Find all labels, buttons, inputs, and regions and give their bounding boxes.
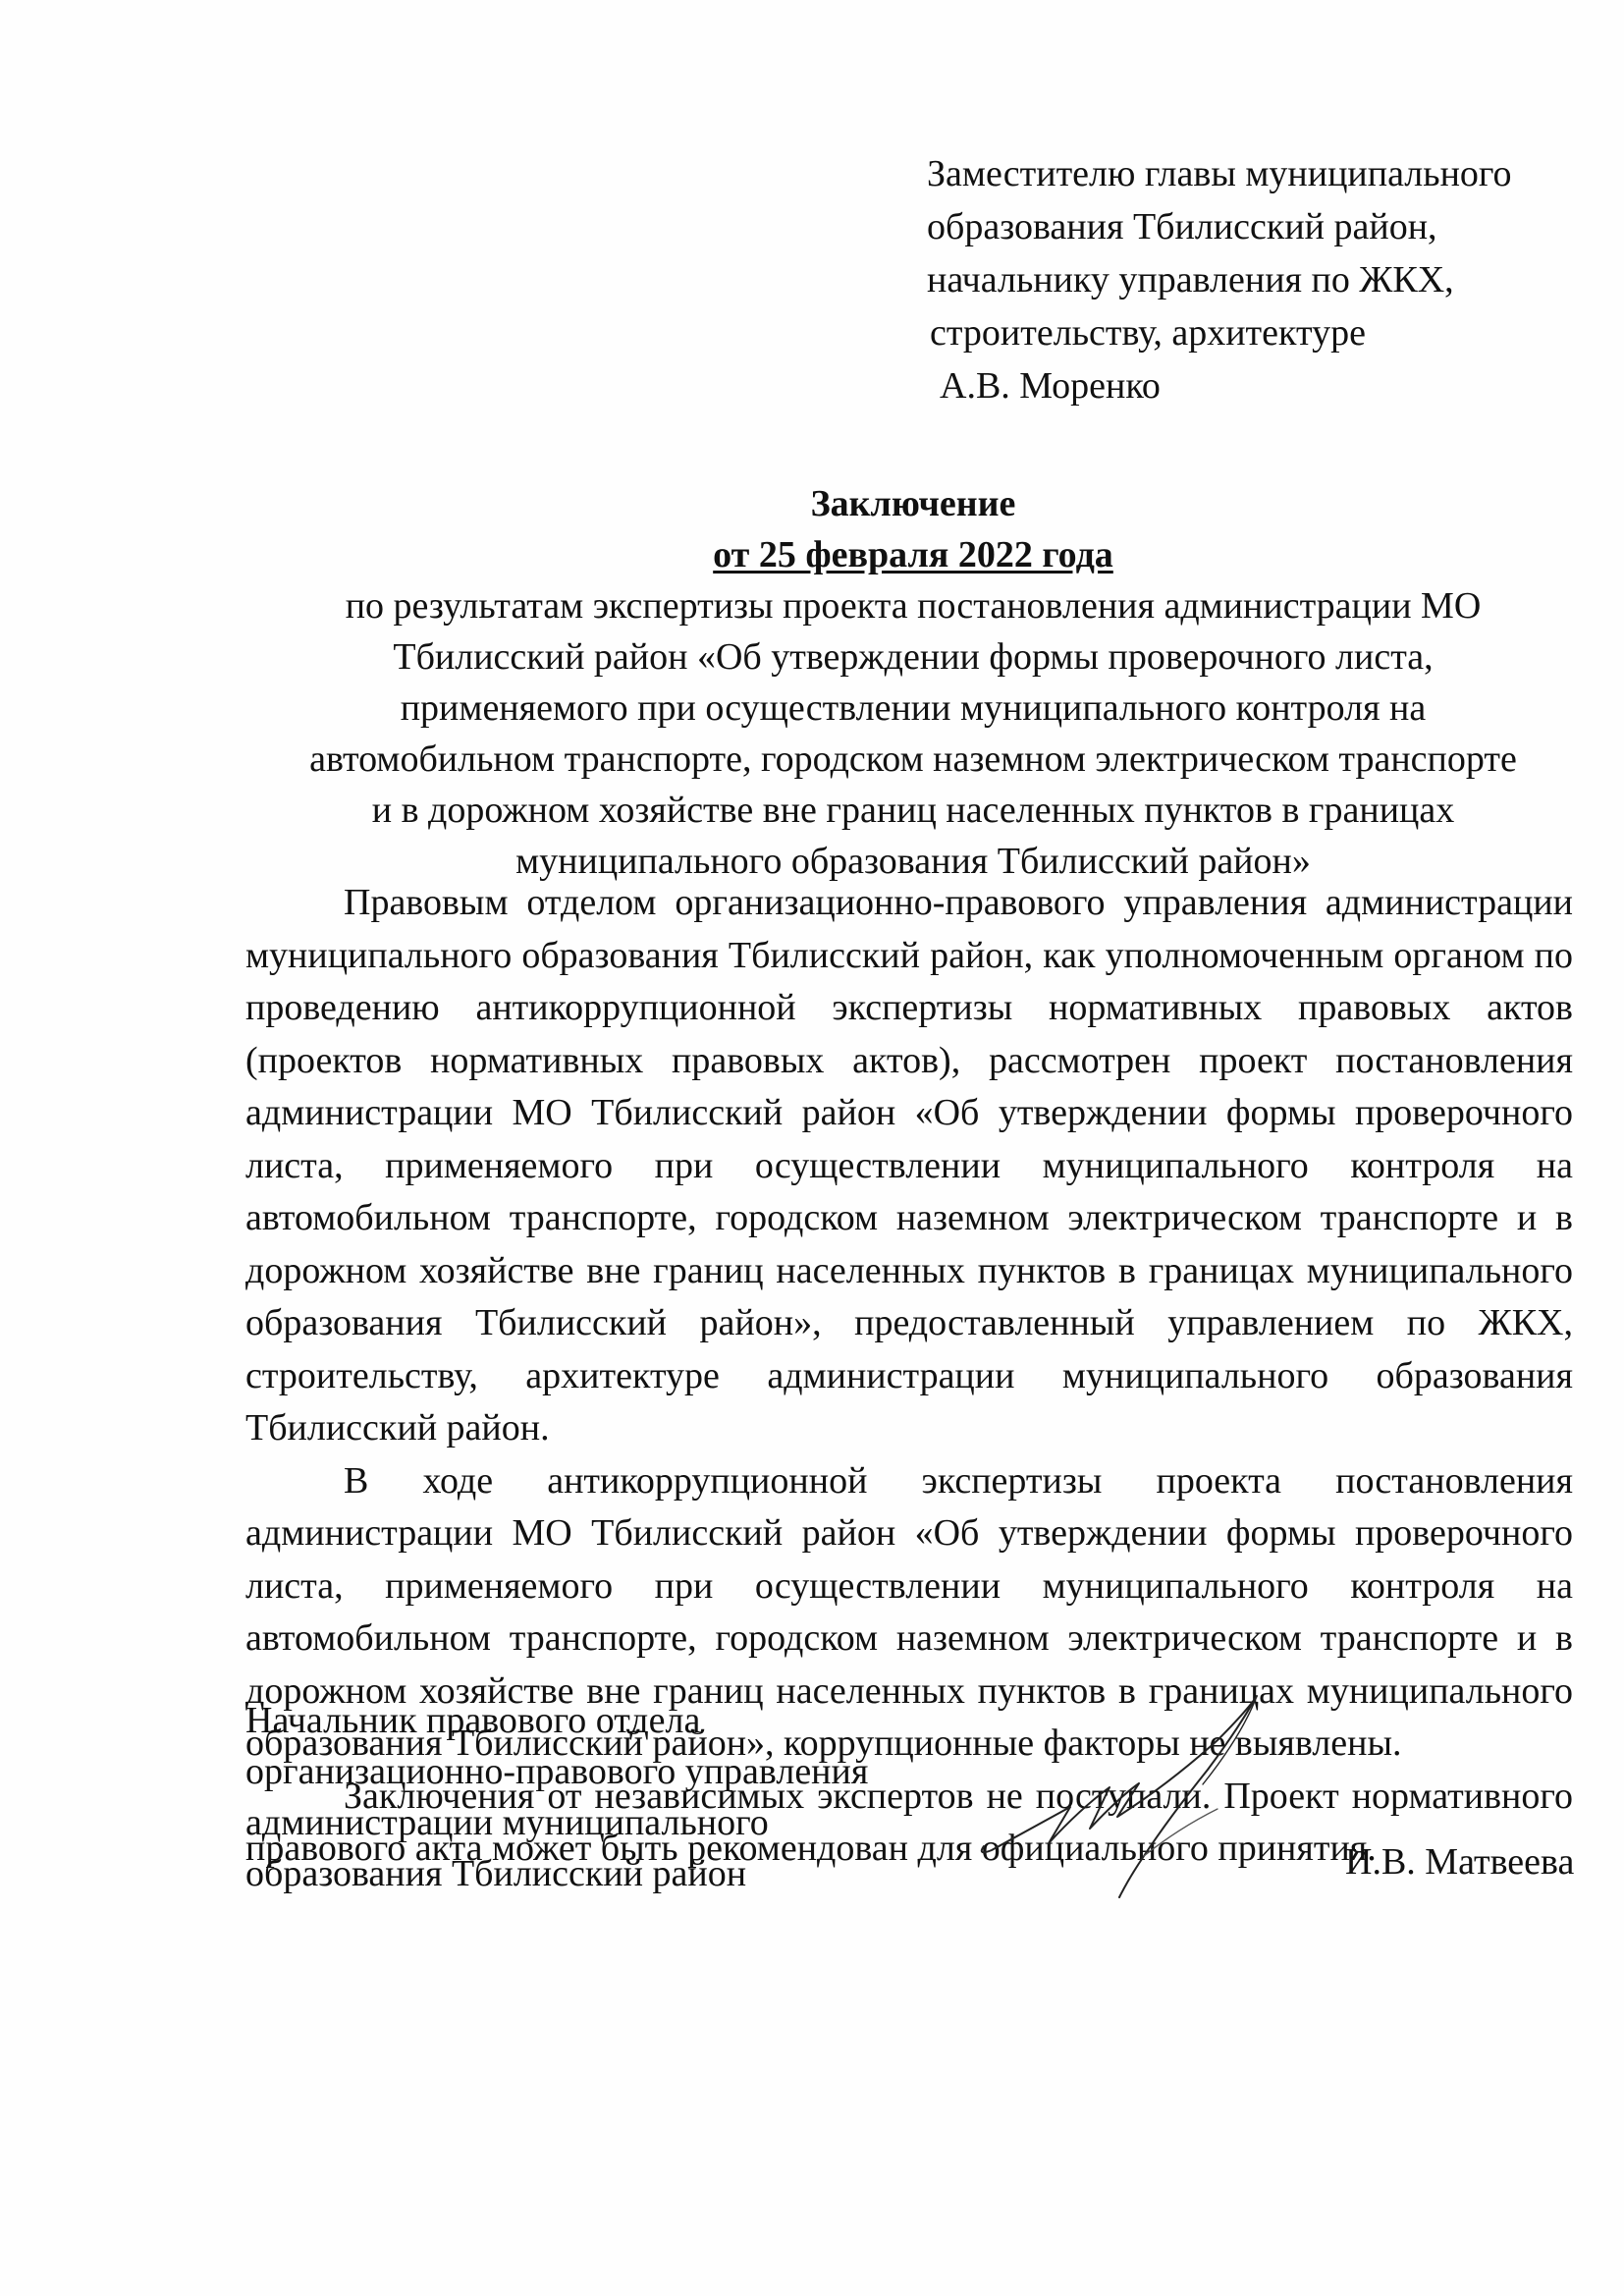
- position-line: образования Тбилисский район: [245, 1848, 868, 1899]
- document-page: Заместителю главы муниципального образов…: [0, 0, 1624, 2296]
- document-date: от 25 февраля 2022 года: [245, 529, 1581, 580]
- addressee-line: строительству, архитектуре: [927, 306, 1512, 359]
- subtitle-line: применяемого при осуществлении муниципал…: [245, 683, 1581, 734]
- document-title: Заключение: [245, 478, 1581, 529]
- signer-name: И.В. Матвеева: [1345, 1836, 1574, 1887]
- addressee-line: начальнику управления по ЖКХ,: [927, 253, 1512, 306]
- addressee-line: Заместителю главы муниципального: [927, 147, 1512, 200]
- handwritten-signature-icon: [972, 1691, 1286, 1917]
- subtitle-line: автомобильном транспорте, городском назе…: [245, 734, 1581, 785]
- position-line: Начальник правового отдела: [245, 1695, 868, 1746]
- addressee-block: Заместителю главы муниципального образов…: [927, 147, 1512, 412]
- addressee-name: А.В. Моренко: [927, 359, 1512, 412]
- subtitle-line: Тбилисский район «Об утверждении формы п…: [245, 631, 1581, 683]
- position-line: администрации муниципального: [245, 1797, 868, 1848]
- signer-position: Начальник правового отдела организационн…: [245, 1695, 868, 1899]
- addressee-line: образования Тбилисский район,: [927, 200, 1512, 253]
- subtitle-line: по результатам экспертизы проекта постан…: [245, 580, 1581, 631]
- document-heading: Заключение от 25 февраля 2022 года по ре…: [245, 478, 1581, 887]
- position-line: организационно-правового управления: [245, 1746, 868, 1797]
- subtitle-line: и в дорожном хозяйстве вне границ населе…: [245, 785, 1581, 836]
- body-paragraph: Правовым отделом организационно-правовог…: [245, 877, 1573, 1455]
